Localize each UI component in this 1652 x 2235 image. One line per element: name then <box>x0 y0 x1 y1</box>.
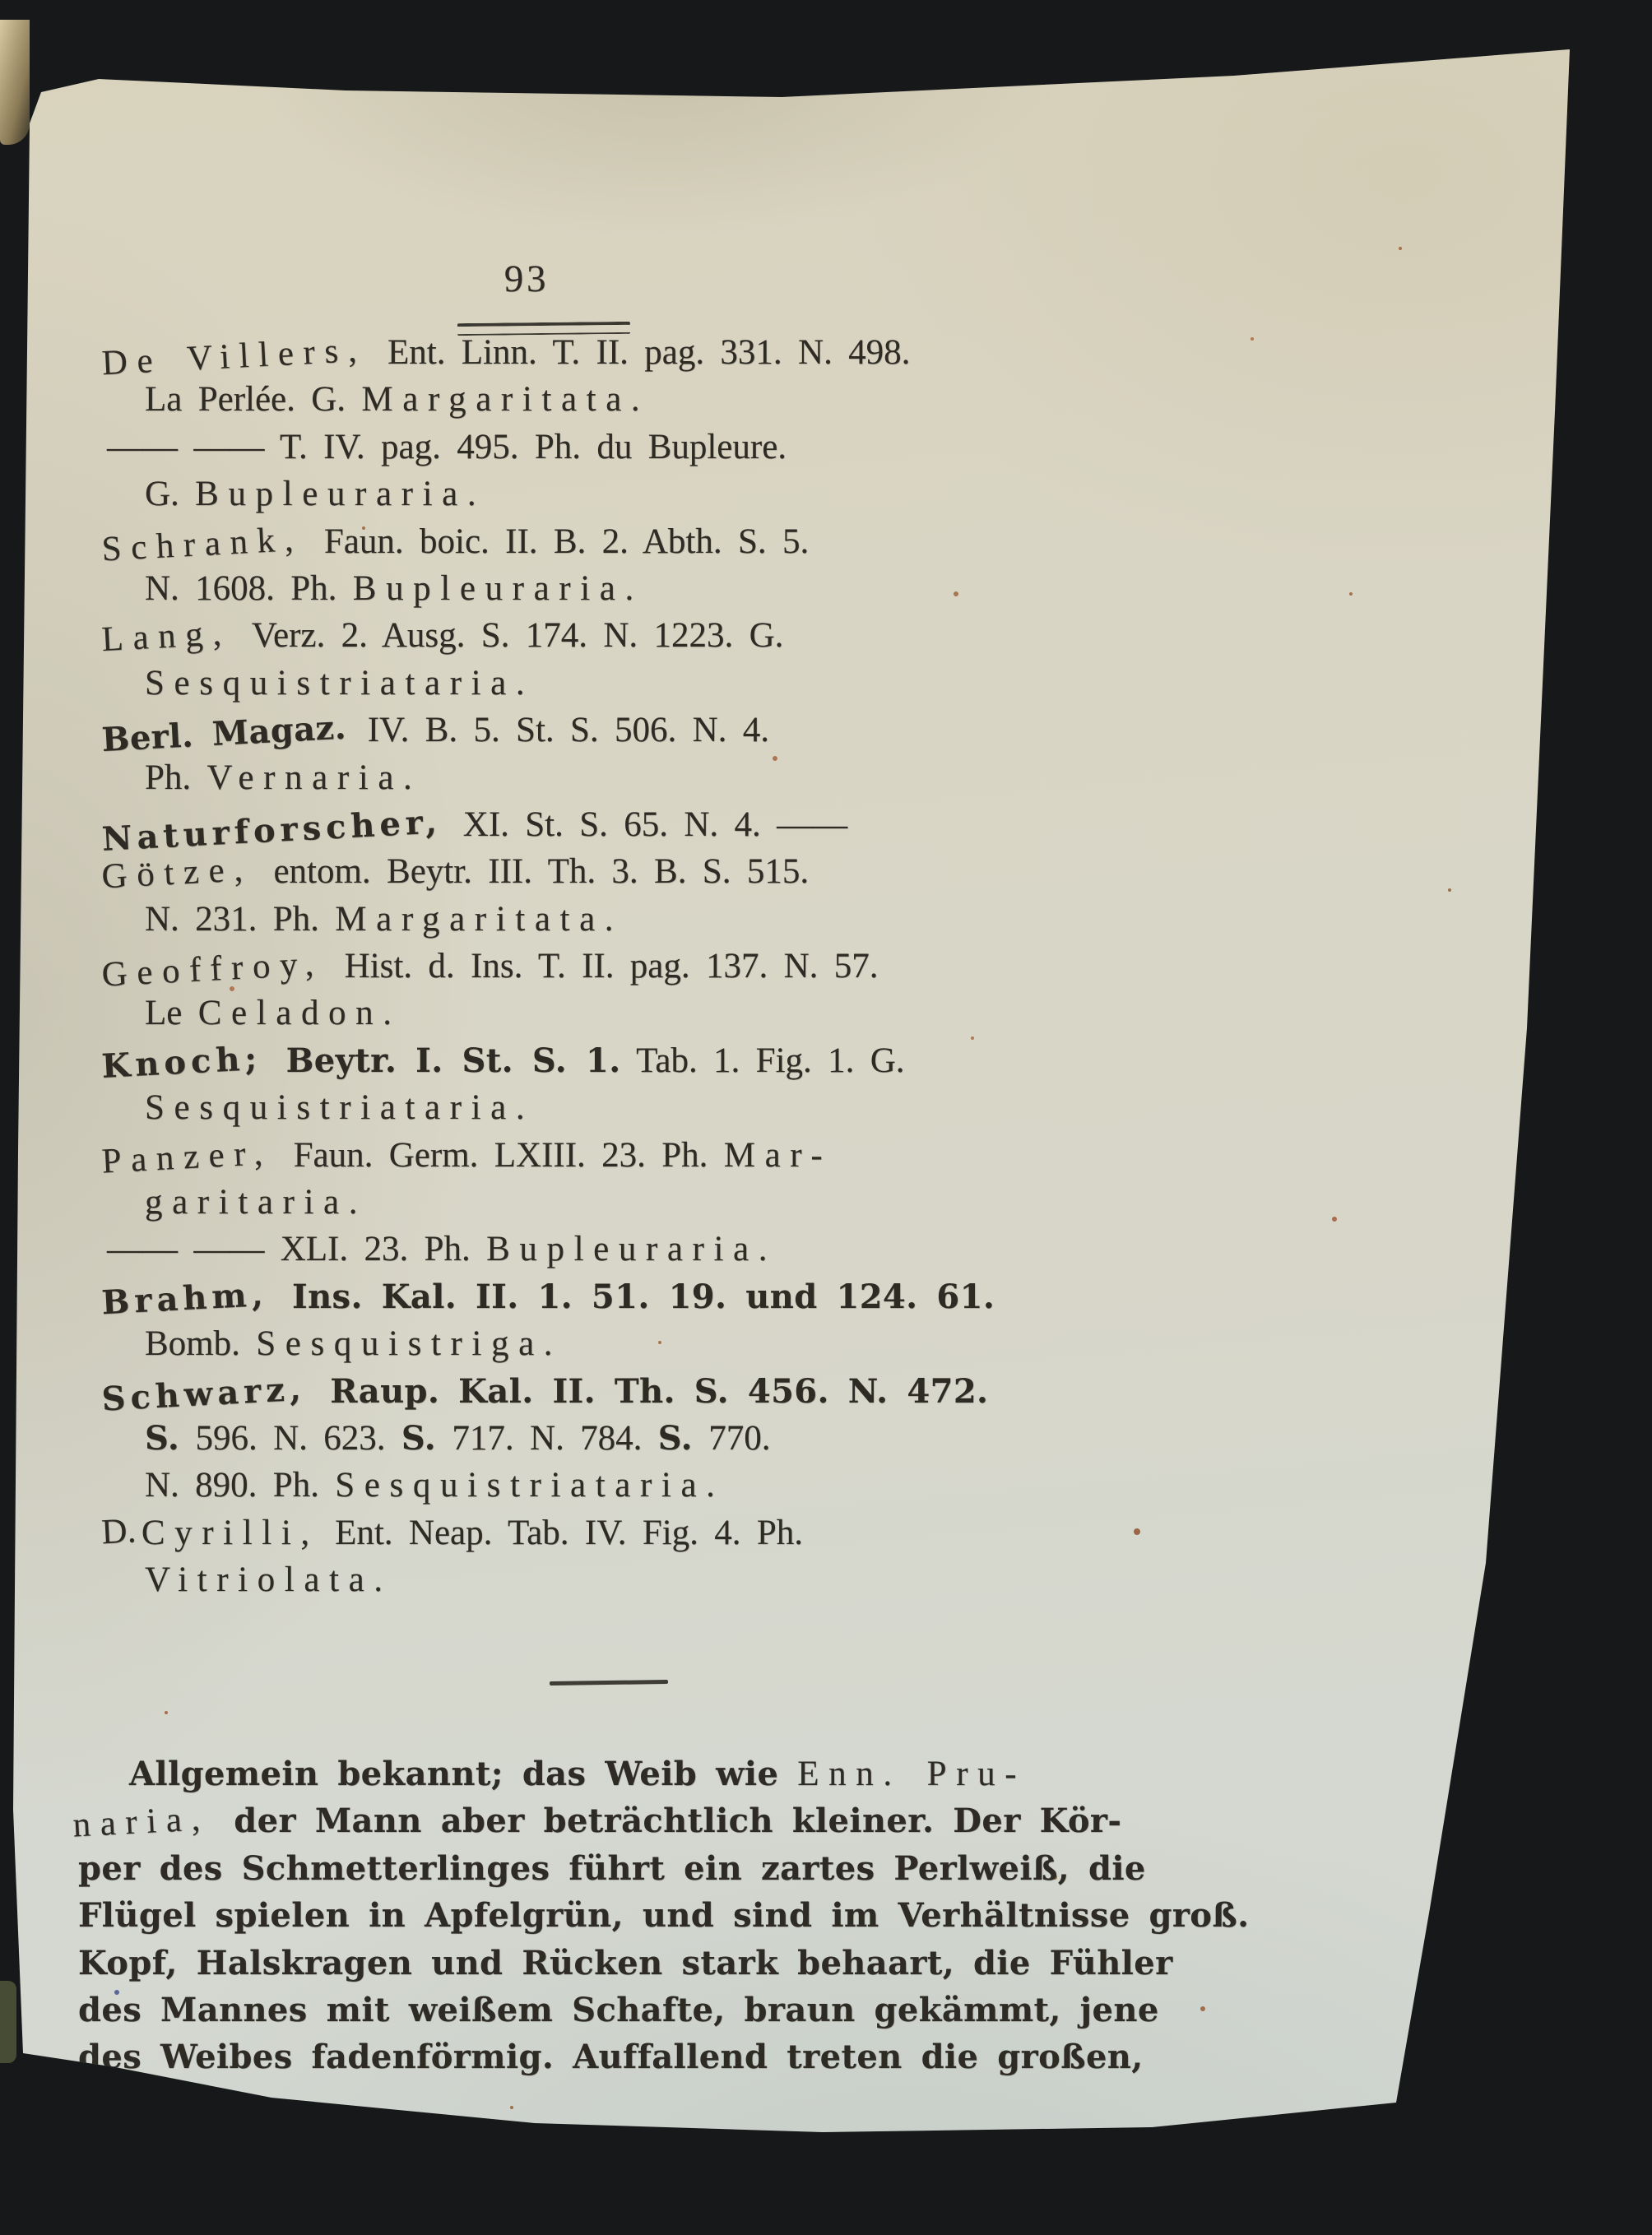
scanned-book-photo: { "scan": { "colors": { "paper": "#d8d5c… <box>0 0 1652 2235</box>
entry-author: Brahm, <box>100 1271 269 1327</box>
species-name: garitaria. <box>145 1183 367 1222</box>
species-name: Vitriolata. <box>145 1560 392 1599</box>
section-separator-rule <box>550 1680 668 1686</box>
entry-citation: —— —— XLI. 23. Ph. <box>107 1230 486 1268</box>
paragraph-line: des Weibes fadenförmig. Auffallend trete… <box>78 2033 1329 2080</box>
paragraph-text: Kopf, Halskragen und Rücken stark behaar… <box>78 1944 1173 1982</box>
page-number: 93 <box>428 257 625 301</box>
species-name: Enn. Pru- <box>797 1755 1026 1793</box>
entry-author: Cyrilli, <box>142 1514 319 1552</box>
species-name: Sesquistriataria. <box>145 664 534 702</box>
synonymy-line: Berl. Magaz. IV. B. 5. St. S. 506. N. 4. <box>107 707 1341 754</box>
synonymy-line: Götze, entom. Beytr. III. Th. 3. B. S. 5… <box>107 848 1341 895</box>
entry-citation: S. <box>145 1419 179 1458</box>
species-name: Margaritata. <box>361 380 649 419</box>
entry-citation: Bomb. <box>145 1324 256 1363</box>
species-name: Bupleuraria. <box>353 569 643 608</box>
paragraph-line: per des Schmetterlinges führt ein zartes… <box>78 1845 1329 1892</box>
entry-citation: Ent. Neap. Tab. IV. Fig. 4. Ph. <box>319 1514 803 1552</box>
entry-citation: Ph. <box>145 758 207 797</box>
paragraph-line: naria, der Mann aber beträchtlich kleine… <box>78 1797 1329 1844</box>
synonymy-line: D. Cyrilli, Ent. Neap. Tab. IV. Fig. 4. … <box>107 1509 1341 1556</box>
species-name: Sesquistriataria. <box>335 1466 724 1505</box>
entry-citation: N. 231. Ph. <box>145 900 335 939</box>
synonymy-line: Le Celadon. <box>107 990 1341 1036</box>
synonymy-line: Naturforscher, XI. St. S. 65. N. 4. —— <box>107 801 1341 848</box>
entry-citation: IV. B. 5. St. S. 506. N. 4. <box>351 711 769 749</box>
entry-citation: Hist. d. Ins. T. II. pag. 137. N. 57. <box>328 947 878 985</box>
synonymy-line: De Villers, Ent. Linn. T. II. pag. 331. … <box>107 329 1341 376</box>
entry-citation: N. 1608. Ph. <box>145 569 353 608</box>
book-spine-edge <box>0 20 30 145</box>
paragraph-line: Flügel spielen in Apfelgrün, und sind im… <box>78 1892 1329 1939</box>
synonymy-line: garitaria. <box>107 1179 1341 1226</box>
synonymy-line: Sesquistriataria. <box>107 660 1341 707</box>
entry-citation: S. <box>658 1419 693 1458</box>
species-name: naria, <box>72 1795 211 1849</box>
description-paragraph: Allgemein bekannt; das Weib wie Enn. Pru… <box>78 1750 1329 2081</box>
paper-speckles <box>1399 247 1402 250</box>
paragraph-text: des Mannes mit weißem Schafte, braun gek… <box>78 1991 1159 2029</box>
species-name: Bupleuraria. <box>195 475 485 513</box>
synonymy-line: N. 231. Ph. Margaritata. <box>107 896 1341 943</box>
entry-citation: 596. N. 623. <box>179 1419 401 1458</box>
synonymy-line: Bomb. Sesquistriga. <box>107 1320 1341 1367</box>
book-page: 93 De Villers, Ent. Linn. T. II. pag. 33… <box>0 0 1652 2235</box>
entry-citation: Ent. Linn. T. II. pag. 331. N. 498. <box>372 333 911 372</box>
paragraph-text: der Mann aber beträchtlich kleiner. Der … <box>215 1801 1121 1840</box>
entry-author: D. <box>100 1507 137 1556</box>
paragraph-text: Allgemein bekannt; das Weib wie <box>129 1755 797 1793</box>
synonymy-line: —— —— XLI. 23. Ph. Bupleuraria. <box>107 1226 1341 1273</box>
synonymy-line: —— —— T. IV. pag. 495. Ph. du Bupleure. <box>107 424 1341 471</box>
synonymy-line: Panzer, Faun. Germ. LXIII. 23. Ph. Mar- <box>107 1132 1341 1179</box>
entry-citation: La Perlée. G. <box>145 380 361 419</box>
synonymy-line: Vitriolata. <box>107 1556 1341 1603</box>
synonymy-line: La Perlée. G. Margaritata. <box>107 376 1341 423</box>
species-name: Sesquistriataria. <box>145 1088 534 1127</box>
entry-author: Götze, <box>100 846 253 901</box>
synonymy-list: De Villers, Ent. Linn. T. II. pag. 331. … <box>107 329 1341 1604</box>
entry-citation: Faun. Germ. LXIII. 23. Ph. <box>277 1136 723 1175</box>
entry-author: Knoch; <box>100 1035 262 1091</box>
synonymy-line: Ph. Vernaria. <box>107 754 1341 801</box>
synonymy-line: Schwarz, Raup. Kal. II. Th. S. 456. N. 4… <box>107 1368 1341 1415</box>
species-name: Bupleuraria. <box>486 1230 777 1268</box>
entry-citation: entom. Beytr. III. Th. 3. B. S. 515. <box>258 852 809 891</box>
paragraph-text: Flügel spielen in Apfelgrün, und sind im… <box>78 1896 1249 1935</box>
entry-author: Lang, <box>100 610 232 664</box>
synonymy-line: Sesquistriataria. <box>107 1084 1341 1131</box>
species-name: Margaritata. <box>335 900 623 939</box>
paragraph-text: des Weibes fadenförmig. Auffallend trete… <box>78 2038 1144 2076</box>
synonymy-line: Geoffroy, Hist. d. Ins. T. II. pag. 137.… <box>107 943 1341 990</box>
species-name: Sesquistriga. <box>256 1324 562 1363</box>
synonymy-line: N. 1608. Ph. Bupleuraria. <box>107 565 1341 612</box>
entry-citation: Ins. Kal. II. 1. 51. 19. und 124. 61. <box>273 1277 995 1316</box>
entry-citation: —— —— T. IV. pag. 495. Ph. du Bupleure. <box>107 428 787 466</box>
entry-citation: G. <box>145 475 195 513</box>
synonymy-line: S. 596. N. 623. S. 717. N. 784. S. 770. <box>107 1415 1341 1462</box>
paragraph-line: des Mannes mit weißem Schafte, braun gek… <box>78 1987 1329 2033</box>
synonymy-line: G. Bupleuraria. <box>107 471 1341 517</box>
book-spine-edge-lower <box>0 1981 16 2063</box>
synonymy-line: N. 890. Ph. Sesquistriataria. <box>107 1462 1341 1509</box>
entry-citation: Beytr. I. St. S. 1. <box>267 1041 621 1080</box>
species-name: Mar- <box>724 1136 833 1175</box>
entry-citation: Verz. 2. Ausg. S. 174. N. 1223. G. <box>236 616 783 655</box>
entry-citation: 770. <box>693 1419 771 1458</box>
synonymy-line: Knoch; Beytr. I. St. S. 1. Tab. 1. Fig. … <box>107 1037 1341 1084</box>
entry-author: Schrank, <box>100 515 304 573</box>
entry-citation: 717. N. 784. <box>436 1419 658 1458</box>
paragraph-line: Allgemein bekannt; das Weib wie Enn. Pru… <box>78 1750 1329 1797</box>
entry-citation: Le <box>145 994 198 1032</box>
species-name: Celadon. <box>198 994 401 1032</box>
paragraph-text: per des Schmetterlinges führt ein zartes… <box>78 1849 1146 1888</box>
entry-citation: Tab. 1. Fig. 1. G. <box>621 1041 905 1080</box>
entry-citation: N. 890. Ph. <box>145 1466 335 1505</box>
entry-citation: XI. St. S. 65. N. 4. —— <box>447 805 847 844</box>
entry-citation: Raup. Kal. II. Th. S. 456. N. 472. <box>311 1372 988 1411</box>
entry-citation: S. <box>401 1419 436 1458</box>
paragraph-line: Kopf, Halskragen und Rücken stark behaar… <box>78 1940 1329 1987</box>
synonymy-line: Lang, Verz. 2. Ausg. S. 174. N. 1223. G. <box>107 612 1341 659</box>
entry-citation: Faun. boic. II. B. 2. Abth. S. 5. <box>309 522 810 561</box>
entry-author: Panzer, <box>100 1129 273 1185</box>
synonymy-line: Brahm, Ins. Kal. II. 1. 51. 19. und 124.… <box>107 1273 1341 1320</box>
species-name: Vernaria. <box>207 758 422 797</box>
synonymy-line: Schrank, Faun. boic. II. B. 2. Abth. S. … <box>107 518 1341 565</box>
